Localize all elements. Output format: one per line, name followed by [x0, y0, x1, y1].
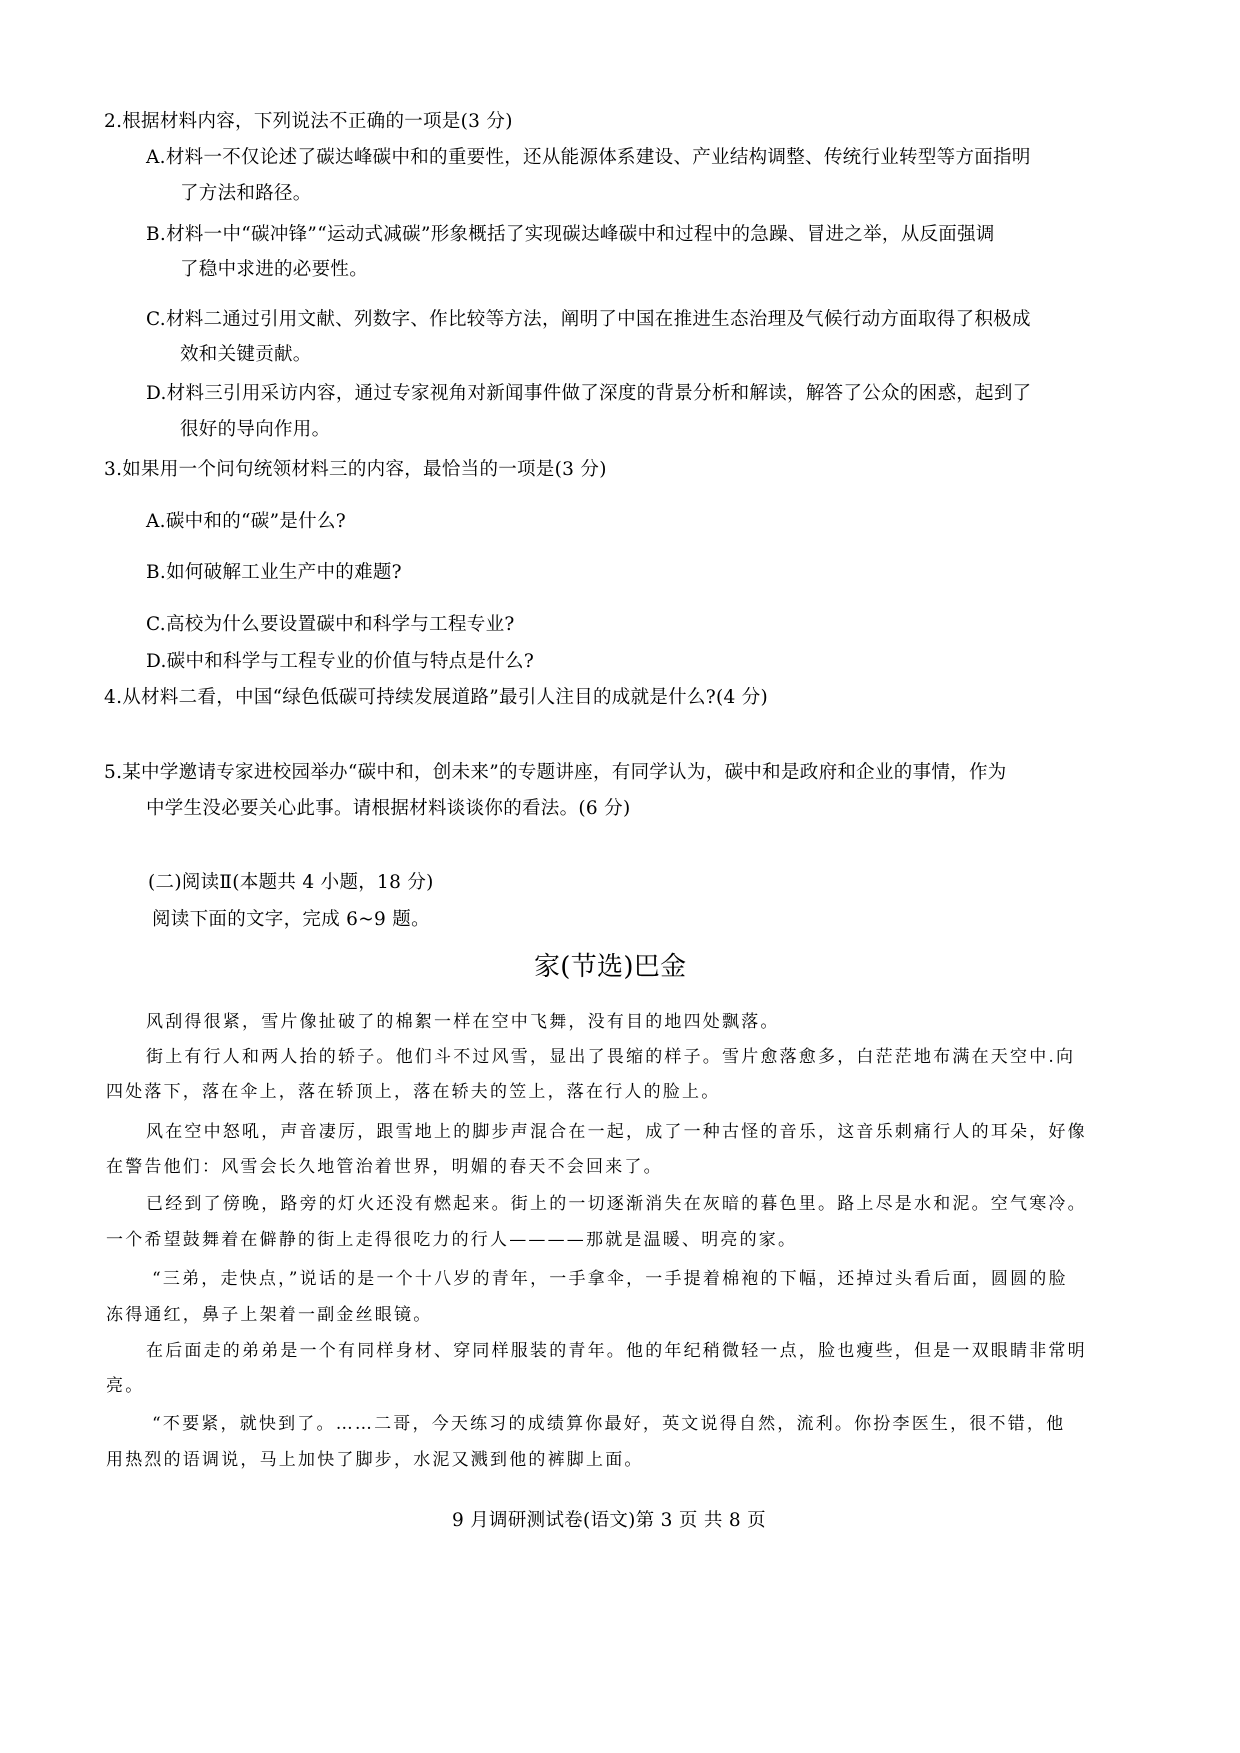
- passage-line: 亮。: [106, 1374, 144, 1398]
- passage-line: 四处落下，落在伞上，落在轿顶上，落在轿夫的笠上，落在行人的脸上。: [106, 1080, 720, 1104]
- passage-line: 风刮得很紧，雪片像扯破了的棉絮一样在空中飞舞，没有目的地四处飘落。: [146, 1010, 780, 1034]
- section-instruction: 阅读下面的文字，完成 6~9 题。: [152, 908, 430, 932]
- passage-line: 风在空中怒吼，声音凄厉，跟雪地上的脚步声混合在一起，成了一种古怪的音乐，这音乐刺…: [146, 1120, 1087, 1144]
- passage-line: 冻得通红，鼻子上架着一副金丝眼镜。: [106, 1303, 432, 1327]
- question-2-option-b: B.材料一中“碳冲锋”“运动式减碳”形象概括了实现碳达峰碳中和过程中的急躁、冒进…: [146, 223, 995, 247]
- question-3-option-a: A.碳中和的“碳”是什么?: [146, 510, 346, 534]
- passage-line: “不要紧，就快到了。……二哥，今天练习的成绩算你最好，英文说得自然，流利。你扮李…: [152, 1412, 1065, 1436]
- question-3-option-d: D.碳中和科学与工程专业的价值与特点是什么?: [146, 650, 534, 674]
- question-2-option-c: C.材料二通过引用文献、列数字、作比较等方法，阐明了中国在推进生态治理及气候行动…: [146, 308, 1031, 332]
- question-2-option-d-cont: 很好的导向作用。: [180, 418, 330, 442]
- question-3-stem: 3.如果用一个问句统领材料三的内容，最恰当的一项是(3 分): [104, 458, 607, 482]
- passage-line: 一个希望鼓舞着在僻静的街上走得很吃力的行人————那就是温暖、明亮的家。: [106, 1228, 797, 1252]
- question-2-option-d: D.材料三引用采访内容，通过专家视角对新闻事件做了深度的背景分析和解读，解答了公…: [146, 382, 1031, 406]
- question-2-option-b-cont: 了稳中求进的必要性。: [180, 258, 368, 282]
- passage-title: 家(节选)巴金: [534, 951, 686, 983]
- passage-line: “三弟，走快点，”说话的是一个十八岁的青年，一手拿伞，一手提着棉袍的下幅，还掉过…: [152, 1267, 1068, 1291]
- question-2-stem: 2.根据材料内容，下列说法不正确的一项是(3 分): [104, 110, 513, 134]
- section-heading: (二)阅读Ⅱ(本题共 4 小题，18 分): [148, 871, 434, 895]
- passage-line: 用热烈的语调说，马上加快了脚步，水泥又溅到他的裤脚上面。: [106, 1448, 644, 1472]
- question-2-option-a: A.材料一不仅论述了碳达峰碳中和的重要性，还从能源体系建设、产业结构调整、传统行…: [146, 146, 1031, 170]
- passage-line: 街上有行人和两人抬的轿子。他们斗不过风雪，显出了畏缩的样子。雪片愈落愈多，白茫茫…: [146, 1045, 1075, 1069]
- question-3-option-b: B.如何破解工业生产中的难题?: [146, 561, 402, 585]
- question-5-stem-cont: 中学生没必要关心此事。请根据材料谈谈你的看法。(6 分): [146, 797, 631, 821]
- question-5-stem: 5.某中学邀请专家进校园举办“碳中和，创未来”的专题讲座，有同学认为，碳中和是政…: [104, 761, 1007, 785]
- question-4-stem: 4.从材料二看，中国“绿色低碳可持续发展道路”最引人注目的成就是什么?(4 分): [104, 686, 768, 710]
- question-2-option-c-cont: 效和关键贡献。: [180, 343, 312, 367]
- passage-line: 已经到了傍晚，路旁的灯火还没有燃起来。街上的一切逐渐消失在灰暗的暮色里。路上尽是…: [146, 1192, 1087, 1216]
- passage-line: 在后面走的弟弟是一个有同样身材、穿同样服装的青年。他的年纪稍微轻一点，脸也瘦些，…: [146, 1339, 1087, 1363]
- passage-line: 在警告他们：风雪会长久地管治着世界，明媚的春天不会回来了。: [106, 1155, 663, 1179]
- page-footer: 9 月调研测试卷(语文)第 3 页 共 8 页: [452, 1509, 766, 1533]
- question-2-option-a-cont: 了方法和路径。: [180, 182, 312, 206]
- question-3-option-c: C.高校为什么要设置碳中和科学与工程专业?: [146, 613, 515, 637]
